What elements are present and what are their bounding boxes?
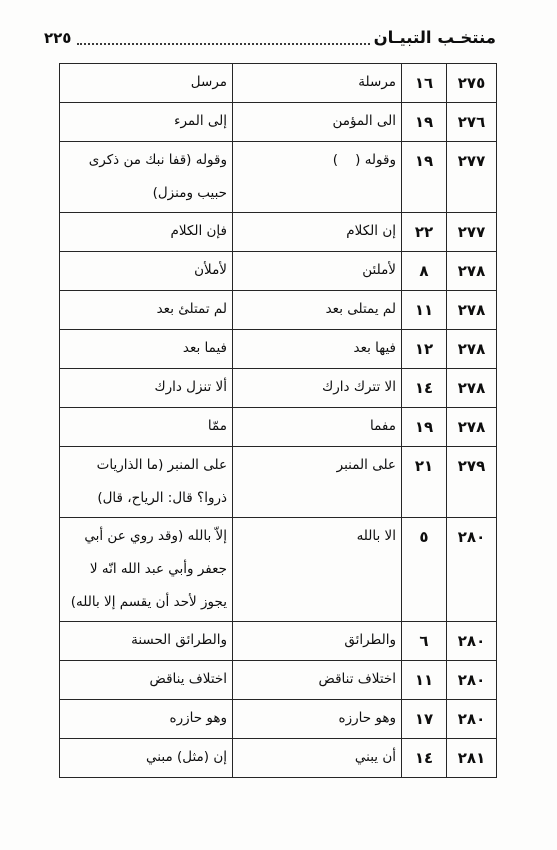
page-number-cell: ٢٧٩ [447,447,497,518]
correction-text-cell: إلاّ بالله (وقد روي عن أبي جعفر وأبي عبد… [60,518,233,622]
page-number-cell: ٢٨٠ [447,518,497,622]
correction-text-cell: وهو حازره [60,700,233,739]
line-number-cell: ٢٢ [402,213,447,252]
original-text-cell: الى المؤمن [233,103,402,142]
line-number-cell: ١١ [402,661,447,700]
running-title: منتخـب التبيـان [374,28,496,48]
page-number-cell: ٢٧٨ [447,252,497,291]
line-number-cell: ٦ [402,622,447,661]
original-text-cell: مفما [233,408,402,447]
line-number-cell: ١٦ [402,64,447,103]
correction-text-cell: ألا تنزل دارك [60,369,233,408]
original-text-cell: وقوله ( ) [233,142,402,213]
page-number-cell: ٢٨١ [447,739,497,778]
original-text-cell: الا بالله [233,518,402,622]
table-row: ٢٧٨٨لأملئنلأملأن [60,252,497,291]
original-text-cell: وهو حارزه [233,700,402,739]
line-number-cell: ١٧ [402,700,447,739]
page-number-cell: ٢٧٥ [447,64,497,103]
page-number-cell: ٢٧٨ [447,330,497,369]
table-row: ٢٧٧١٩وقوله ( )وقوله (قفا نبك من ذكرى حبي… [60,142,497,213]
original-text-cell: فيها بعد [233,330,402,369]
line-number-cell: ١١ [402,291,447,330]
table-row: ٢٧٩٢١على المنبرعلى المنبر (ما الذاريات ذ… [60,447,497,518]
correction-text-cell: وقوله (قفا نبك من ذكرى حبيب ومنزل) [60,142,233,213]
line-number-cell: ١٩ [402,142,447,213]
original-text-cell: إن الكلام [233,213,402,252]
line-number-cell: ١٢ [402,330,447,369]
dotted-leader [77,43,369,45]
table-row: ٢٨٠١١اختلاف تناقضاختلاف يناقض [60,661,497,700]
original-text-cell: اختلاف تناقض [233,661,402,700]
page-number-cell: ٢٧٨ [447,408,497,447]
page-number-cell: ٢٨٠ [447,700,497,739]
original-text-cell: مرسلة [233,64,402,103]
line-number-cell: ٢١ [402,447,447,518]
correction-text-cell: إلى المرء [60,103,233,142]
page-number-cell: ٢٧٦ [447,103,497,142]
original-text-cell: على المنبر [233,447,402,518]
line-number-cell: ٥ [402,518,447,622]
line-number-cell: ١٤ [402,369,447,408]
original-text-cell: لأملئن [233,252,402,291]
page-header: منتخـب التبيـان ٢٢٥ [44,26,496,48]
table-row: ٢٧٨١٢فيها بعدفيما بعد [60,330,497,369]
original-text-cell: لم يمتلى بعد [233,291,402,330]
correction-text-cell: لم تمتلئ بعد [60,291,233,330]
line-number-cell: ١٤ [402,739,447,778]
correction-text-cell: إن (مثل) مبني [60,739,233,778]
table-row: ٢٧٨١١لم يمتلى بعدلم تمتلئ بعد [60,291,497,330]
page-number: ٢٢٥ [44,28,71,48]
table-row: ٢٧٨١٩مفماممّا [60,408,497,447]
correction-text-cell: والطرائق الحسنة [60,622,233,661]
correction-text-cell: على المنبر (ما الذاريات ذروا؟ قال: الريا… [60,447,233,518]
errata-table-body: ٢٧٥١٦مرسلةمرسل٢٧٦١٩الى المؤمنإلى المرء٢٧… [60,64,497,778]
table-row: ٢٨١١٤أن يبنيإن (مثل) مبني [60,739,497,778]
original-text-cell: والطرائق [233,622,402,661]
page-number-cell: ٢٨٠ [447,661,497,700]
page-number-cell: ٢٧٧ [447,142,497,213]
line-number-cell: ١٩ [402,103,447,142]
correction-text-cell: فإن الكلام [60,213,233,252]
correction-text-cell: ممّا [60,408,233,447]
page-number-cell: ٢٨٠ [447,622,497,661]
line-number-cell: ١٩ [402,408,447,447]
original-text-cell: الا تترك دارك [233,369,402,408]
table-row: ٢٧٧٢٢إن الكلامفإن الكلام [60,213,497,252]
original-text-cell: أن يبني [233,739,402,778]
table-row: ٢٨٠٦والطرائقوالطرائق الحسنة [60,622,497,661]
correction-text-cell: اختلاف يناقض [60,661,233,700]
table-row: ٢٧٨١٤الا تترك داركألا تنزل دارك [60,369,497,408]
table-row: ٢٨٠٥الا باللهإلاّ بالله (وقد روي عن أبي … [60,518,497,622]
table-row: ٢٧٦١٩الى المؤمنإلى المرء [60,103,497,142]
page-number-cell: ٢٧٨ [447,369,497,408]
errata-table: ٢٧٥١٦مرسلةمرسل٢٧٦١٩الى المؤمنإلى المرء٢٧… [59,63,497,778]
correction-text-cell: فيما بعد [60,330,233,369]
table-row: ٢٧٥١٦مرسلةمرسل [60,64,497,103]
table-row: ٢٨٠١٧وهو حارزهوهو حازره [60,700,497,739]
correction-text-cell: مرسل [60,64,233,103]
line-number-cell: ٨ [402,252,447,291]
correction-text-cell: لأملأن [60,252,233,291]
book-page: منتخـب التبيـان ٢٢٥ ٢٧٥١٦مرسلةمرسل٢٧٦١٩ا… [0,0,557,850]
page-number-cell: ٢٧٧ [447,213,497,252]
page-number-cell: ٢٧٨ [447,291,497,330]
